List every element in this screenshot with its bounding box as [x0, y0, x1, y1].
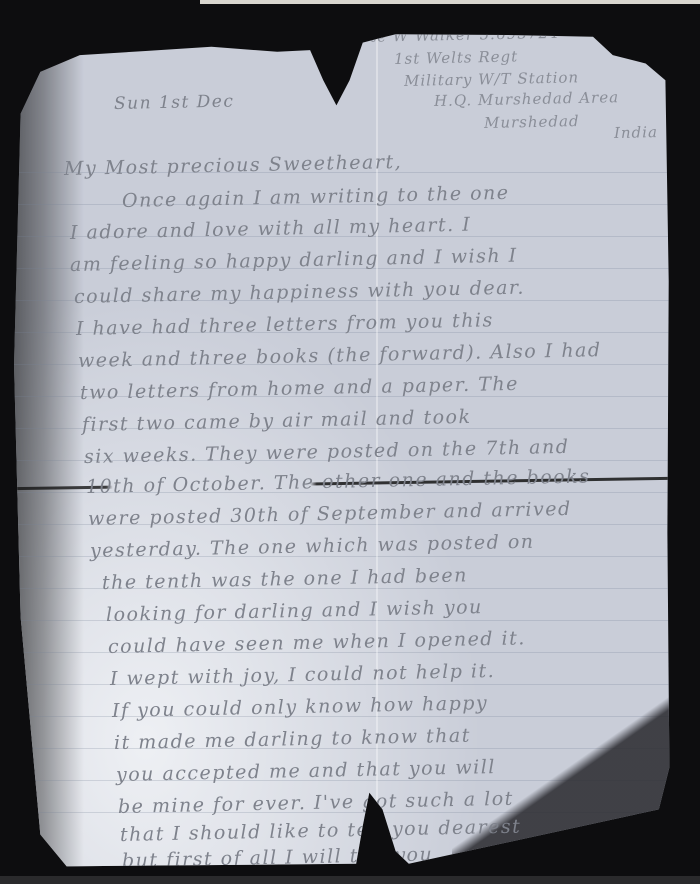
address-line: India	[614, 123, 658, 142]
body-line: the tenth was the one I had been	[102, 564, 468, 594]
body-line: I adore and love with all my heart. I	[70, 214, 472, 244]
body-line: you accepted me and that you will	[116, 756, 496, 786]
body-line: could share my happiness with you dear.	[74, 277, 525, 308]
address-line: 1st Welts Regt	[394, 47, 519, 68]
body-line: If you could only know how happy	[112, 692, 489, 722]
body-line: I have had three letters from you this	[76, 309, 494, 340]
body-line: could have seen me when I opened it.	[108, 627, 526, 658]
address-line: H.Q. Murshedad Area	[434, 88, 619, 110]
address-line: Military W/T Station	[404, 68, 579, 90]
letter-date: Sun 1st Dec	[114, 91, 235, 114]
body-line: looking for darling and I wish you	[106, 596, 483, 626]
body-line: but first of all I will tell you	[122, 843, 434, 872]
body-line: yesterday. The one which was posted on	[90, 531, 535, 562]
photo-bottom-edge	[0, 876, 700, 884]
address-line: Murshedad	[484, 112, 580, 132]
body-line: 10th of October. The other one and the b…	[86, 465, 591, 498]
body-line: Once again I am writing to the one	[122, 182, 510, 212]
body-line: two letters from home and a paper. The	[80, 373, 519, 404]
body-line: were posted 30th of September and arrive…	[88, 498, 572, 530]
salutation: My Most precious Sweetheart,	[64, 151, 403, 180]
body-line: I wept with joy, I could not help it.	[110, 660, 496, 690]
body-line: it made me darling to know that	[114, 725, 471, 754]
address-line: Pte W Walker 5:693724	[359, 24, 560, 46]
body-line: am feeling so happy darling and I wish I	[70, 245, 518, 276]
body-line: six weeks. They were posted on the 7th a…	[84, 436, 570, 468]
photo-top-edge	[200, 0, 700, 4]
body-line: week and three books (the forward). Also…	[78, 339, 602, 372]
body-line: first two came by air mail and took	[82, 406, 472, 436]
letter-paper: Pte W Walker 5:693724 1st Welts Regt Mil…	[14, 30, 672, 868]
